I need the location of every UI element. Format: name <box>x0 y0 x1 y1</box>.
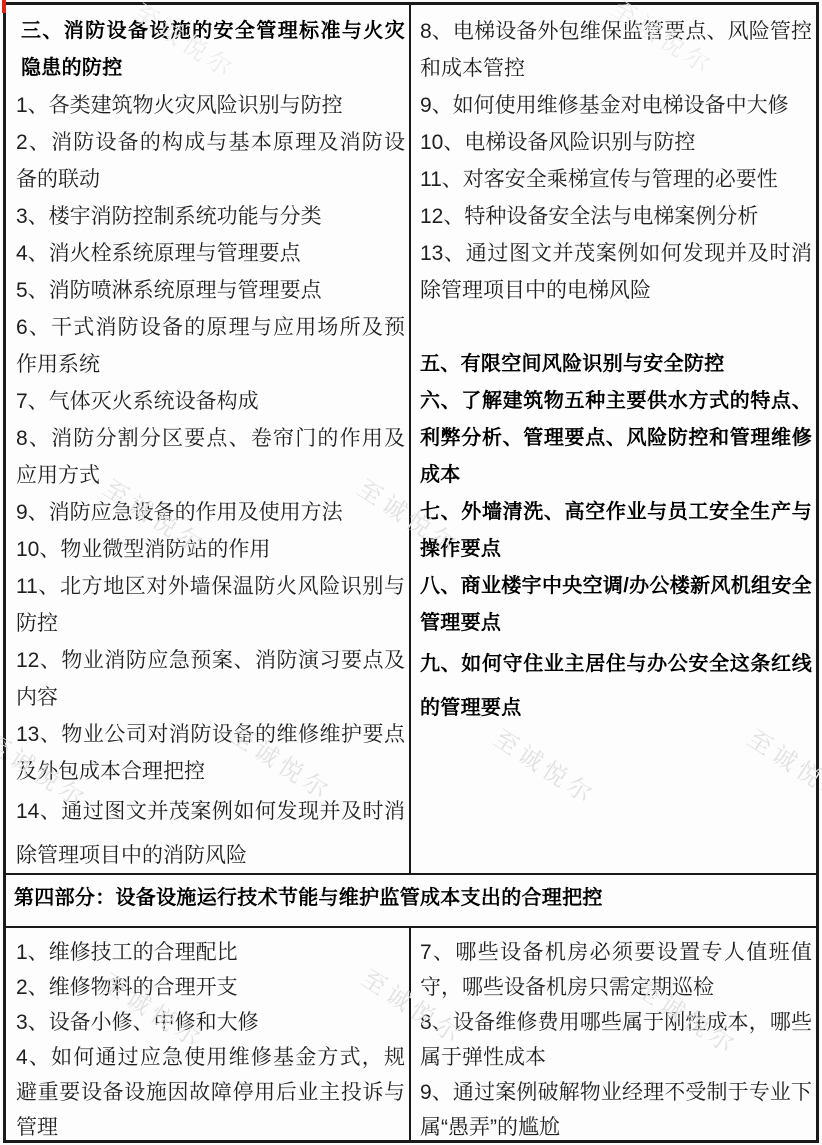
list-item: 3、楼宇消防控制系统功能与分类 <box>16 198 405 235</box>
list-item: 8、消防分割分区要点、卷帘门的作用及应用方式 <box>16 420 405 494</box>
list-item: 1、维修技工的合理配比 <box>16 935 405 970</box>
section-9-heading: 九、如何守住业主居住与办公安全这条红线的管理要点 <box>420 642 812 730</box>
list-item: 11、对客安全乘梯宣传与管理的必要性 <box>420 161 812 198</box>
part-4-title: 第四部分：设备设施运行技术节能与维护监管成本支出的合理把控 <box>14 886 603 910</box>
list-item: 2、维修物料的合理开支 <box>16 970 405 1005</box>
list-item: 9、如何使用维修基金对电梯设备中大修 <box>420 87 812 124</box>
part-4-header-row: 第四部分：设备设施运行技术节能与维护监管成本支出的合理把控 <box>6 875 816 928</box>
list-item: 9、通过案例破解物业经理不受制于专业下属“愚弄”的尴尬 <box>420 1075 812 1140</box>
list-item: 7、哪些设备机房必须要设置专人值班值守，哪些设备机房只需定期巡检 <box>420 935 812 1005</box>
list-item: 5、消防喷淋系统原理与管理要点 <box>16 272 405 309</box>
list-item: 2、消防设备的构成与基本原理及消防设备的联动 <box>16 124 405 198</box>
list-item: 14、通过图文并茂案例如何发现并及时消除管理项目中的消防风险 <box>16 790 405 873</box>
section-3-heading: 三、消防设备设施的安全管理标准与火灾隐患的防控 <box>16 13 405 87</box>
list-item: 10、物业微型消防站的作用 <box>16 531 405 568</box>
section-7-heading: 七、外墙清洗、高空作业与员工安全生产与操作要点 <box>420 494 812 568</box>
list-item: 13、物业公司对消防设备的维修维护要点及外包成本合理把控 <box>16 716 405 790</box>
red-corner-mark <box>2 0 6 13</box>
elevator-and-sections-cell: 8、电梯设备外包维保监管要点、风险管控和成本管控 9、如何使用维修基金对电梯设备… <box>411 5 816 873</box>
curriculum-document-page: 至诚悦尔 至诚悦尔 至诚悦尔 至诚悦尔 至诚悦尔 至诚悦尔 至诚悦尔 至诚悦尔 … <box>0 0 822 1145</box>
section-3-fire-safety-cell: 三、消防设备设施的安全管理标准与火灾隐患的防控 1、各类建筑物火灾风险识别与防控… <box>6 5 411 873</box>
table-row-top: 三、消防设备设施的安全管理标准与火灾隐患的防控 1、各类建筑物火灾风险识别与防控… <box>6 5 816 875</box>
section-8-heading: 八、商业楼宇中央空调/办公楼新风机组安全管理要点 <box>420 568 812 642</box>
list-item: 6、干式消防设备的原理与应用场所及预作用系统 <box>16 309 405 383</box>
list-item: 11、北方地区对外墙保温防火风险识别与防控 <box>16 568 405 642</box>
list-item: 13、通过图文并茂案例如何发现并及时消除管理项目中的电梯风险 <box>420 235 812 309</box>
list-item: 10、电梯设备风险识别与防控 <box>420 124 812 161</box>
section-5-heading: 五、有限空间风险识别与安全防控 <box>420 346 812 383</box>
list-item: 3、设备小修、中修和大修 <box>16 1005 405 1040</box>
part-4-right-items-cell: 7、哪些设备机房必须要设置专人值班值守，哪些设备机房只需定期巡检 8、设备维修费… <box>411 928 816 1140</box>
curriculum-table: 三、消防设备设施的安全管理标准与火灾隐患的防控 1、各类建筑物火灾风险识别与防控… <box>3 2 819 1143</box>
list-item: 8、设备维修费用哪些属于刚性成本，哪些属于弹性成本 <box>420 1005 812 1075</box>
section-6-heading: 六、了解建筑物五种主要供水方式的特点、利弊分析、管理要点、风险防控和管理维修成本 <box>420 383 812 494</box>
list-item: 4、消火栓系统原理与管理要点 <box>16 235 405 272</box>
part-4-left-items-cell: 1、维修技工的合理配比 2、维修物料的合理开支 3、设备小修、中修和大修 4、如… <box>6 928 411 1140</box>
list-item: 8、电梯设备外包维保监管要点、风险管控和成本管控 <box>420 13 812 87</box>
list-item: 12、特种设备安全法与电梯案例分析 <box>420 198 812 235</box>
list-item: 1、各类建筑物火灾风险识别与防控 <box>16 87 405 124</box>
list-item: 9、消防应急设备的作用及使用方法 <box>16 494 405 531</box>
list-item: 4、如何通过应急使用维修基金方式，规避重要设备设施因故障停用后业主投诉与管理 <box>16 1040 405 1140</box>
list-item: 7、气体灭火系统设备构成 <box>16 383 405 420</box>
table-row-bottom: 1、维修技工的合理配比 2、维修物料的合理开支 3、设备小修、中修和大修 4、如… <box>6 928 816 1140</box>
list-item: 12、物业消防应急预案、消防演习要点及内容 <box>16 642 405 716</box>
